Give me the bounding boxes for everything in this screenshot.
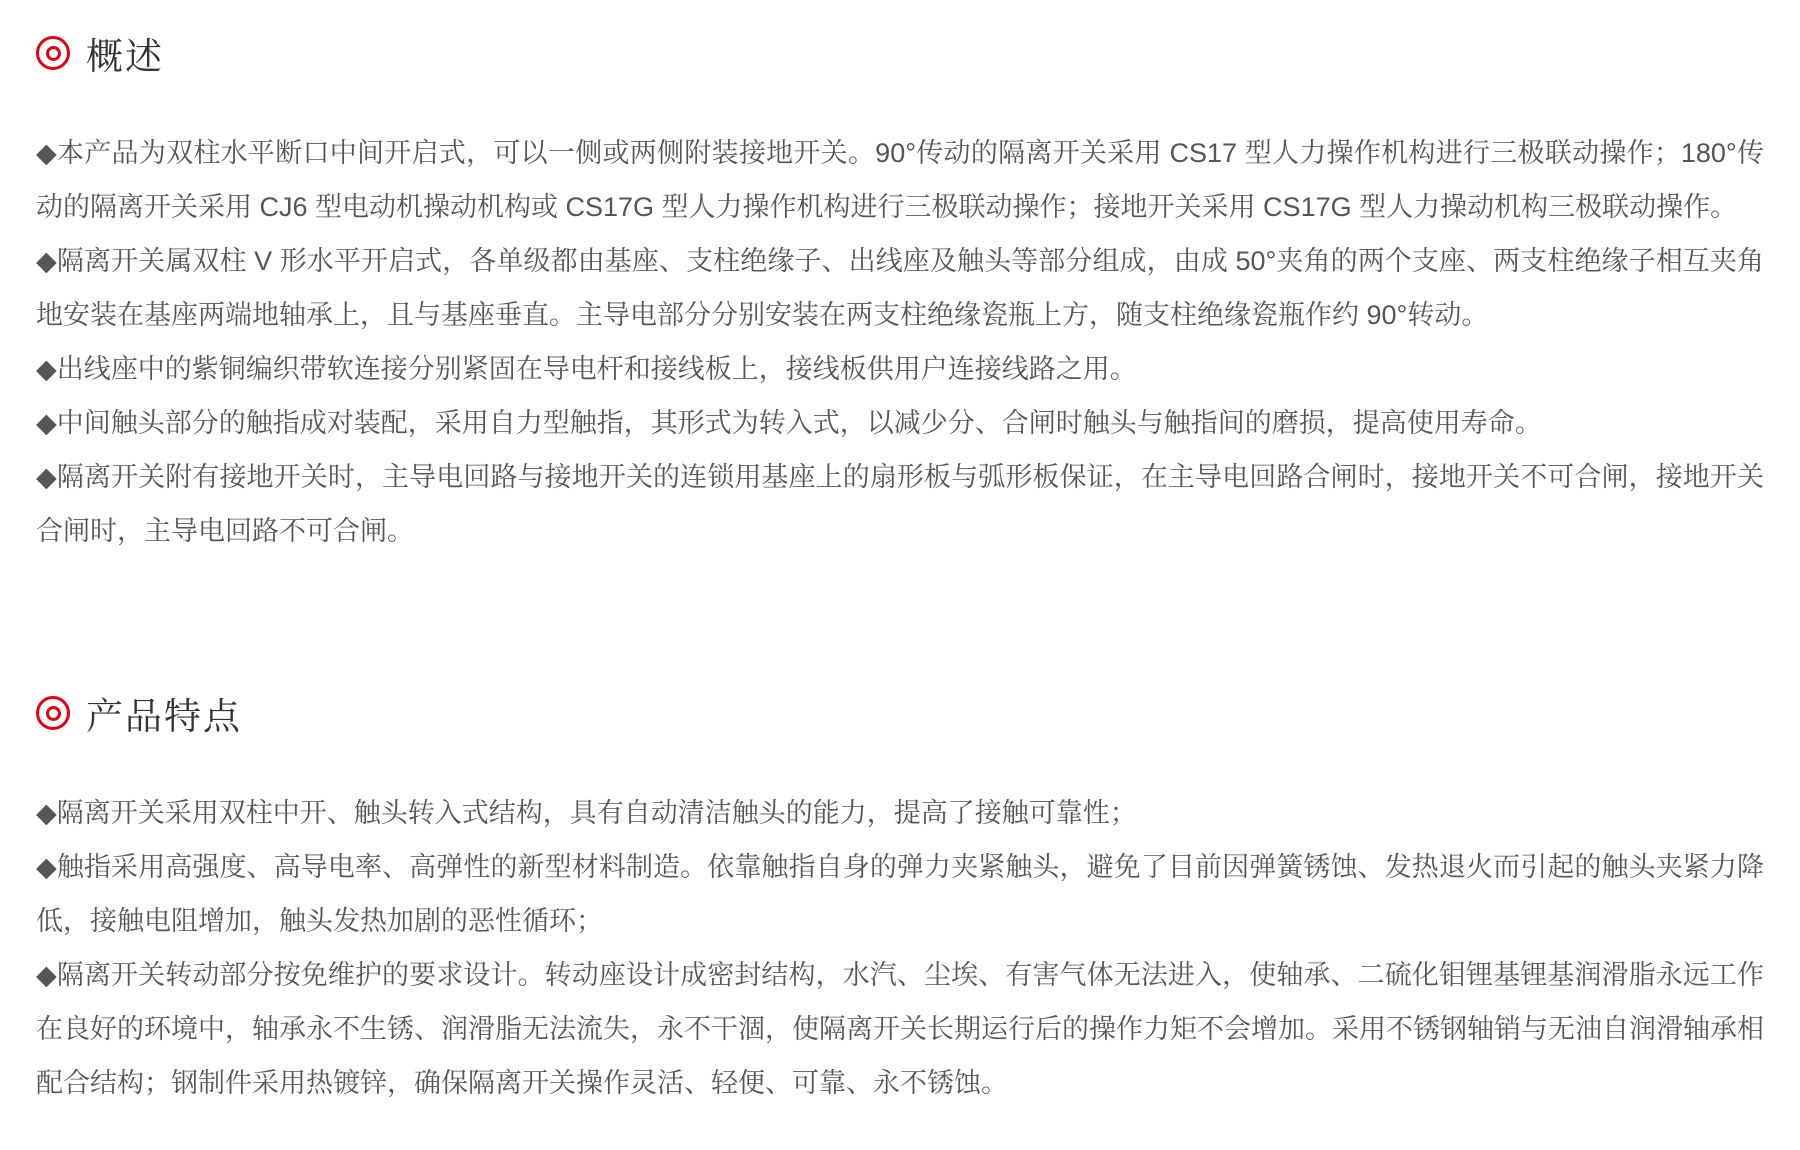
double-circle-bullet-inner-ring [46,46,61,61]
overview-paragraphs: ◆本产品为双柱水平断口中间开启式，可以一侧或两侧附装接地开关。90°传动的隔离开… [36,126,1764,558]
overview-paragraph-2: ◆隔离开关属双柱 V 形水平开启式，各单级都由基座、支柱绝缘子、出线座及触头等部… [36,234,1764,342]
features-paragraph-3: ◆隔离开关转动部分按免维护的要求设计。转动座设计成密封结构，水汽、尘埃、有害气体… [36,948,1764,1110]
product-description-document: 概述 ◆本产品为双柱水平断口中间开启式，可以一侧或两侧附装接地开关。90°传动的… [0,0,1800,1150]
features-heading-text: 产品特点 [86,686,242,740]
section-features: 产品特点 ◆隔离开关采用双柱中开、触头转入式结构，具有自动清洁触头的能力，提高了… [36,686,1764,1110]
features-paragraphs: ◆隔离开关采用双柱中开、触头转入式结构，具有自动清洁触头的能力，提高了接触可靠性… [36,786,1764,1110]
overview-paragraph-5: ◆隔离开关附有接地开关时，主导电回路与接地开关的连锁用基座上的扇形板与弧形板保证… [36,450,1764,558]
overview-paragraph-4: ◆中间触头部分的触指成对装配，采用自力型触指，其形式为转入式，以减少分、合闸时触… [36,396,1764,450]
features-paragraph-1: ◆隔离开关采用双柱中开、触头转入式结构，具有自动清洁触头的能力，提高了接触可靠性… [36,786,1764,840]
section-overview: 概述 ◆本产品为双柱水平断口中间开启式，可以一侧或两侧附装接地开关。90°传动的… [36,26,1764,558]
overview-paragraph-1: ◆本产品为双柱水平断口中间开启式，可以一侧或两侧附装接地开关。90°传动的隔离开… [36,126,1764,234]
overview-heading-text: 概述 [86,26,164,80]
double-circle-bullet-icon [36,696,70,730]
features-paragraph-2: ◆触指采用高强度、高导电率、高弹性的新型材料制造。依靠触指自身的弹力夹紧触头，避… [36,840,1764,948]
double-circle-bullet-icon [36,36,70,70]
overview-paragraph-3: ◆出线座中的紫铜编织带软连接分别紧固在导电杆和接线板上，接线板供用户连接线路之用… [36,342,1764,396]
features-heading: 产品特点 [36,686,1764,740]
double-circle-bullet-inner-ring [46,706,61,721]
overview-heading: 概述 [36,26,1764,80]
